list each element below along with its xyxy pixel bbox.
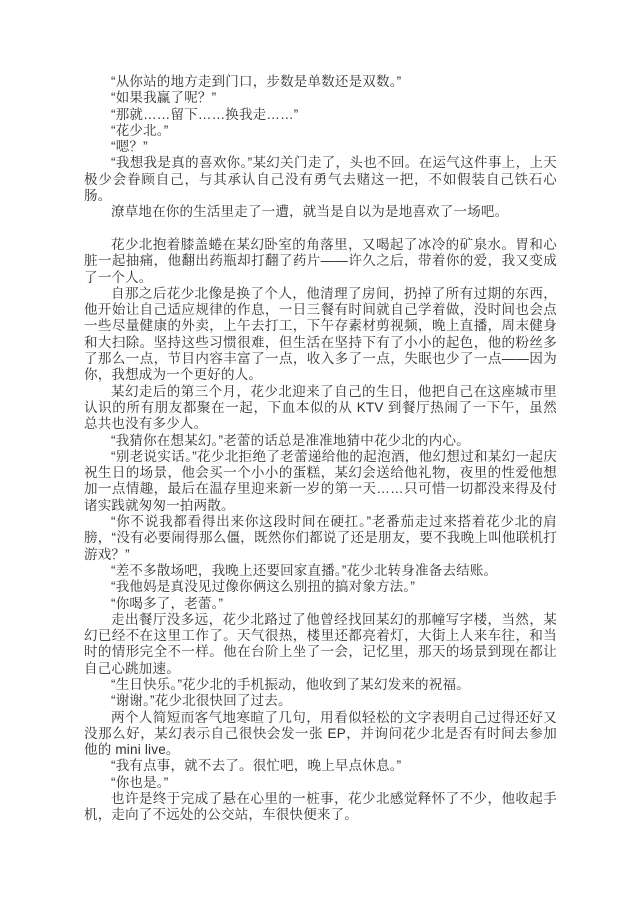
paragraph: “我有点事，就不去了。很忙吧，晚上早点休息。” xyxy=(84,758,557,774)
paragraph: “你也是。” xyxy=(84,775,557,791)
paragraph: “花少北。” xyxy=(84,123,557,139)
paragraph: 也许是终于完成了悬在心里的一桩事，花少北感觉释怀了不少，他收起手机，走向了不远处… xyxy=(84,791,557,824)
paragraph: “你喝多了，老蕾。” xyxy=(84,596,557,612)
paragraph: 某幻走后的第三个月，花少北迎来了自己的生日，他把自己在这座城市里认识的所有朋友都… xyxy=(84,384,557,433)
paragraph: “别老说实话。”花少北拒绝了老蕾递给他的起泡酒，他幻想过和某幻一起庆祝生日的场景… xyxy=(84,449,557,514)
paragraph: “谢谢。”花少北很快回了过去。 xyxy=(84,693,557,709)
paragraph: “你不说我都看得出来你这段时间在硬扛。”老番茄走过来搭着花少北的肩膀，“没有必要… xyxy=(84,514,557,563)
paragraph: “嗯？” xyxy=(84,139,557,155)
paragraph: “从你站的地方走到门口，步数是单数还是双数。” xyxy=(84,74,557,90)
paragraph: 两个人简短而客气地寒暄了几句，用看似轻松的文字表明自己过得还好又没那么好，某幻表… xyxy=(84,710,557,759)
paragraph: “我想我是真的喜欢你。”某幻关门走了，头也不回。在运气这件事上，上天极少会眷顾自… xyxy=(84,155,557,204)
paragraph: “我他妈是真没见过像你俩这么别扭的搞对象方法。” xyxy=(84,579,557,595)
paragraph: 花少北抱着膝盖蜷在某幻卧室的角落里，又喝起了冰冷的矿泉水。胃和心脏一起抽痛，他翻… xyxy=(84,237,557,286)
document-page: “从你站的地方走到门口，步数是单数还是双数。”“如果我赢了呢？”“那就……留下…… xyxy=(0,0,640,904)
paragraph: “生日快乐。”花少北的手机振动，他收到了某幻发来的祝福。 xyxy=(84,677,557,693)
paragraph: 走出餐厅没多远，花少北路过了他曾经找回某幻的那幢写字楼，当然，某幻已经不在这里工… xyxy=(84,612,557,677)
paragraph: 潦草地在你的生活里走了一遭，就当是自以为是地喜欢了一场吧。 xyxy=(84,204,557,220)
story-text: “从你站的地方走到门口，步数是单数还是双数。”“如果我赢了呢？”“那就……留下…… xyxy=(84,74,557,824)
paragraph: 自那之后花少北像是换了个人，他清理了房间，扔掉了所有过期的东西，他开始让自己适应… xyxy=(84,286,557,384)
paragraph: “差不多散场吧，我晚上还要回家直播。”花少北转身准备去结账。 xyxy=(84,563,557,579)
paragraph: “那就……留下……换我走……” xyxy=(84,107,557,123)
paragraph: “如果我赢了呢？” xyxy=(84,90,557,106)
paragraph: “我猜你在想某幻。”老蕾的话总是准准地猜中花少北的内心。 xyxy=(84,433,557,449)
